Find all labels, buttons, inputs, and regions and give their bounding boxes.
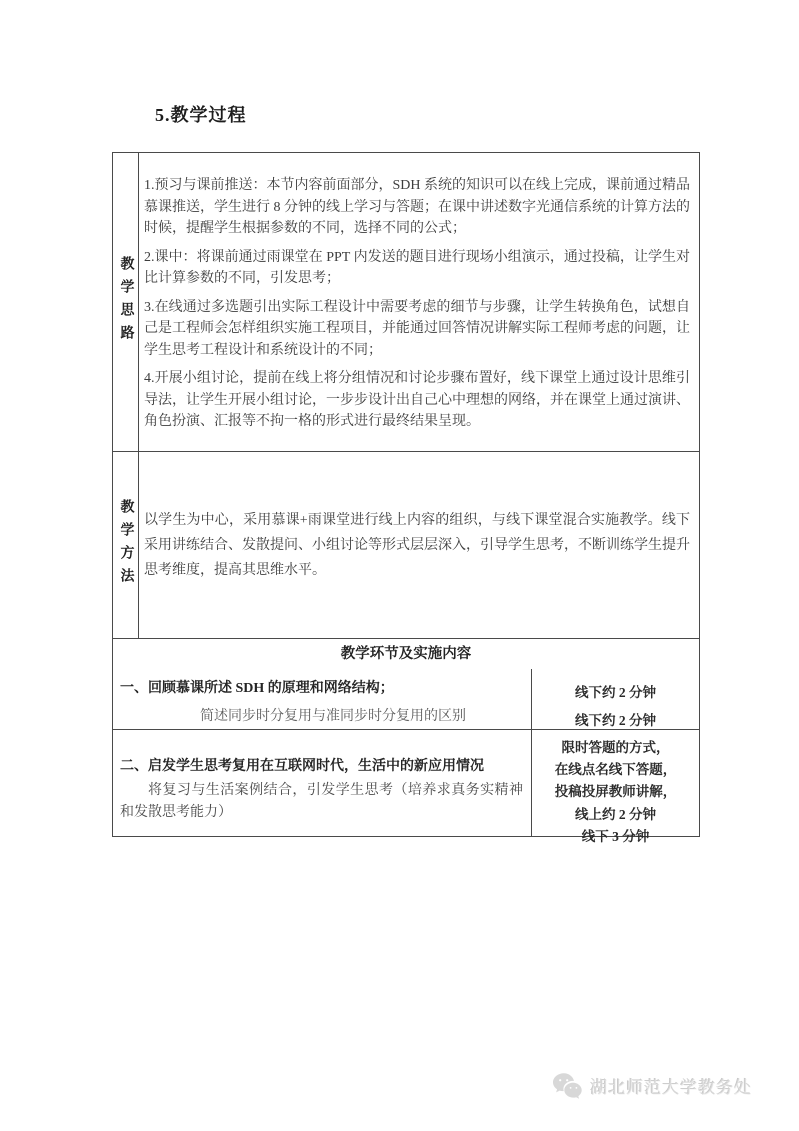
activity-2-time-line-3: 投稿投屏教师讲解， — [532, 781, 699, 803]
teaching-method-content: 以学生为中心，采用慕课+雨课堂进行线上内容的组织，与线下课堂混合实施教学。线下采… — [139, 452, 699, 638]
footer-watermark: 湖北师范大学教务处 — [552, 1072, 752, 1099]
table-row-teaching-method: 教学方法 以学生为中心，采用慕课+雨课堂进行线上内容的组织，与线下课堂混合实施教… — [113, 451, 699, 638]
row-label-cell: 教学思路 — [113, 153, 139, 451]
activity-2-time-line-1: 限时答题的方式， — [532, 737, 699, 759]
activity-1-heading: 一、回顾慕课所述 SDH 的原理和网络结构； — [120, 669, 523, 699]
activity-2-time-line-4: 线上约 2 分钟 — [532, 804, 699, 826]
row-label-cell: 教学方法 — [113, 452, 139, 638]
table-row-activity-1: 一、回顾慕课所述 SDH 的原理和网络结构； 简述同步时分复用与准同步时分复用的… — [113, 669, 699, 729]
activity-2-time-line-5: 线下 3 分钟 — [532, 826, 699, 848]
row-label-teaching-thinking: 教学思路 — [114, 256, 138, 348]
activity-1-time-cell: 线下约 2 分钟 线下约 2 分钟 — [532, 669, 699, 729]
page-title: 5.教学过程 — [155, 101, 247, 127]
document-page: 5.教学过程 教学思路 1.预习与课前推送：本节内容前面部分，SDH 系统的知识… — [0, 0, 799, 1131]
activity-2-time-cell: 限时答题的方式， 在线点名线下答题， 投稿投屏教师讲解， 线上约 2 分钟 线下… — [532, 730, 699, 836]
section-header: 教学环节及实施内容 — [113, 638, 699, 669]
table-row-teaching-thinking: 教学思路 1.预习与课前推送：本节内容前面部分，SDH 系统的知识可以在线上完成… — [113, 153, 699, 451]
activity-1-subtext: 简述同步时分复用与准同步时分复用的区别 — [120, 707, 523, 727]
teaching-thinking-content: 1.预习与课前推送：本节内容前面部分，SDH 系统的知识可以在线上完成，课前通过… — [139, 153, 699, 451]
table-row-activity-2: 二、启发学生思考复用在互联网时代，生活中的新应用情况 将复习与生活案例结合，引发… — [113, 729, 699, 836]
thinking-paragraph-3: 3.在线通过多选题引出实际工程设计中需要考虑的细节与步骤，让学生转换角色，试想自… — [144, 297, 690, 362]
wechat-icon — [552, 1072, 584, 1099]
thinking-paragraph-2: 2.课中：将课前通过雨课堂在 PPT 内发送的题目进行现场小组演示，通过投稿，让… — [144, 247, 690, 290]
activity-2-heading: 二、启发学生思考复用在互联网时代，生活中的新应用情况 — [120, 730, 523, 777]
row-label-teaching-method: 教学方法 — [114, 499, 138, 591]
activity-2-content: 二、启发学生思考复用在互联网时代，生活中的新应用情况 将复习与生活案例结合，引发… — [113, 730, 532, 836]
activity-1-content: 一、回顾慕课所述 SDH 的原理和网络结构； 简述同步时分复用与准同步时分复用的… — [113, 669, 532, 729]
activity-1-time-1: 线下约 2 分钟 — [532, 679, 699, 707]
thinking-paragraph-1: 1.预习与课前推送：本节内容前面部分，SDH 系统的知识可以在线上完成，课前通过… — [144, 175, 690, 240]
activity-2-subtext: 将复习与生活案例结合，引发学生思考（培养求真务实精神和发散思考能力） — [120, 780, 523, 824]
thinking-paragraph-4: 4.开展小组讨论，提前在线上将分组情况和讨论步骤布置好，线下课堂上通过设计思维引… — [144, 368, 690, 433]
footer-watermark-text: 湖北师范大学教务处 — [590, 1073, 752, 1098]
method-paragraph: 以学生为中心，采用慕课+雨课堂进行线上内容的组织，与线下课堂混合实施教学。线下采… — [144, 508, 690, 583]
activity-2-time-line-2: 在线点名线下答题， — [532, 759, 699, 781]
teaching-process-table: 教学思路 1.预习与课前推送：本节内容前面部分，SDH 系统的知识可以在线上完成… — [112, 152, 700, 837]
